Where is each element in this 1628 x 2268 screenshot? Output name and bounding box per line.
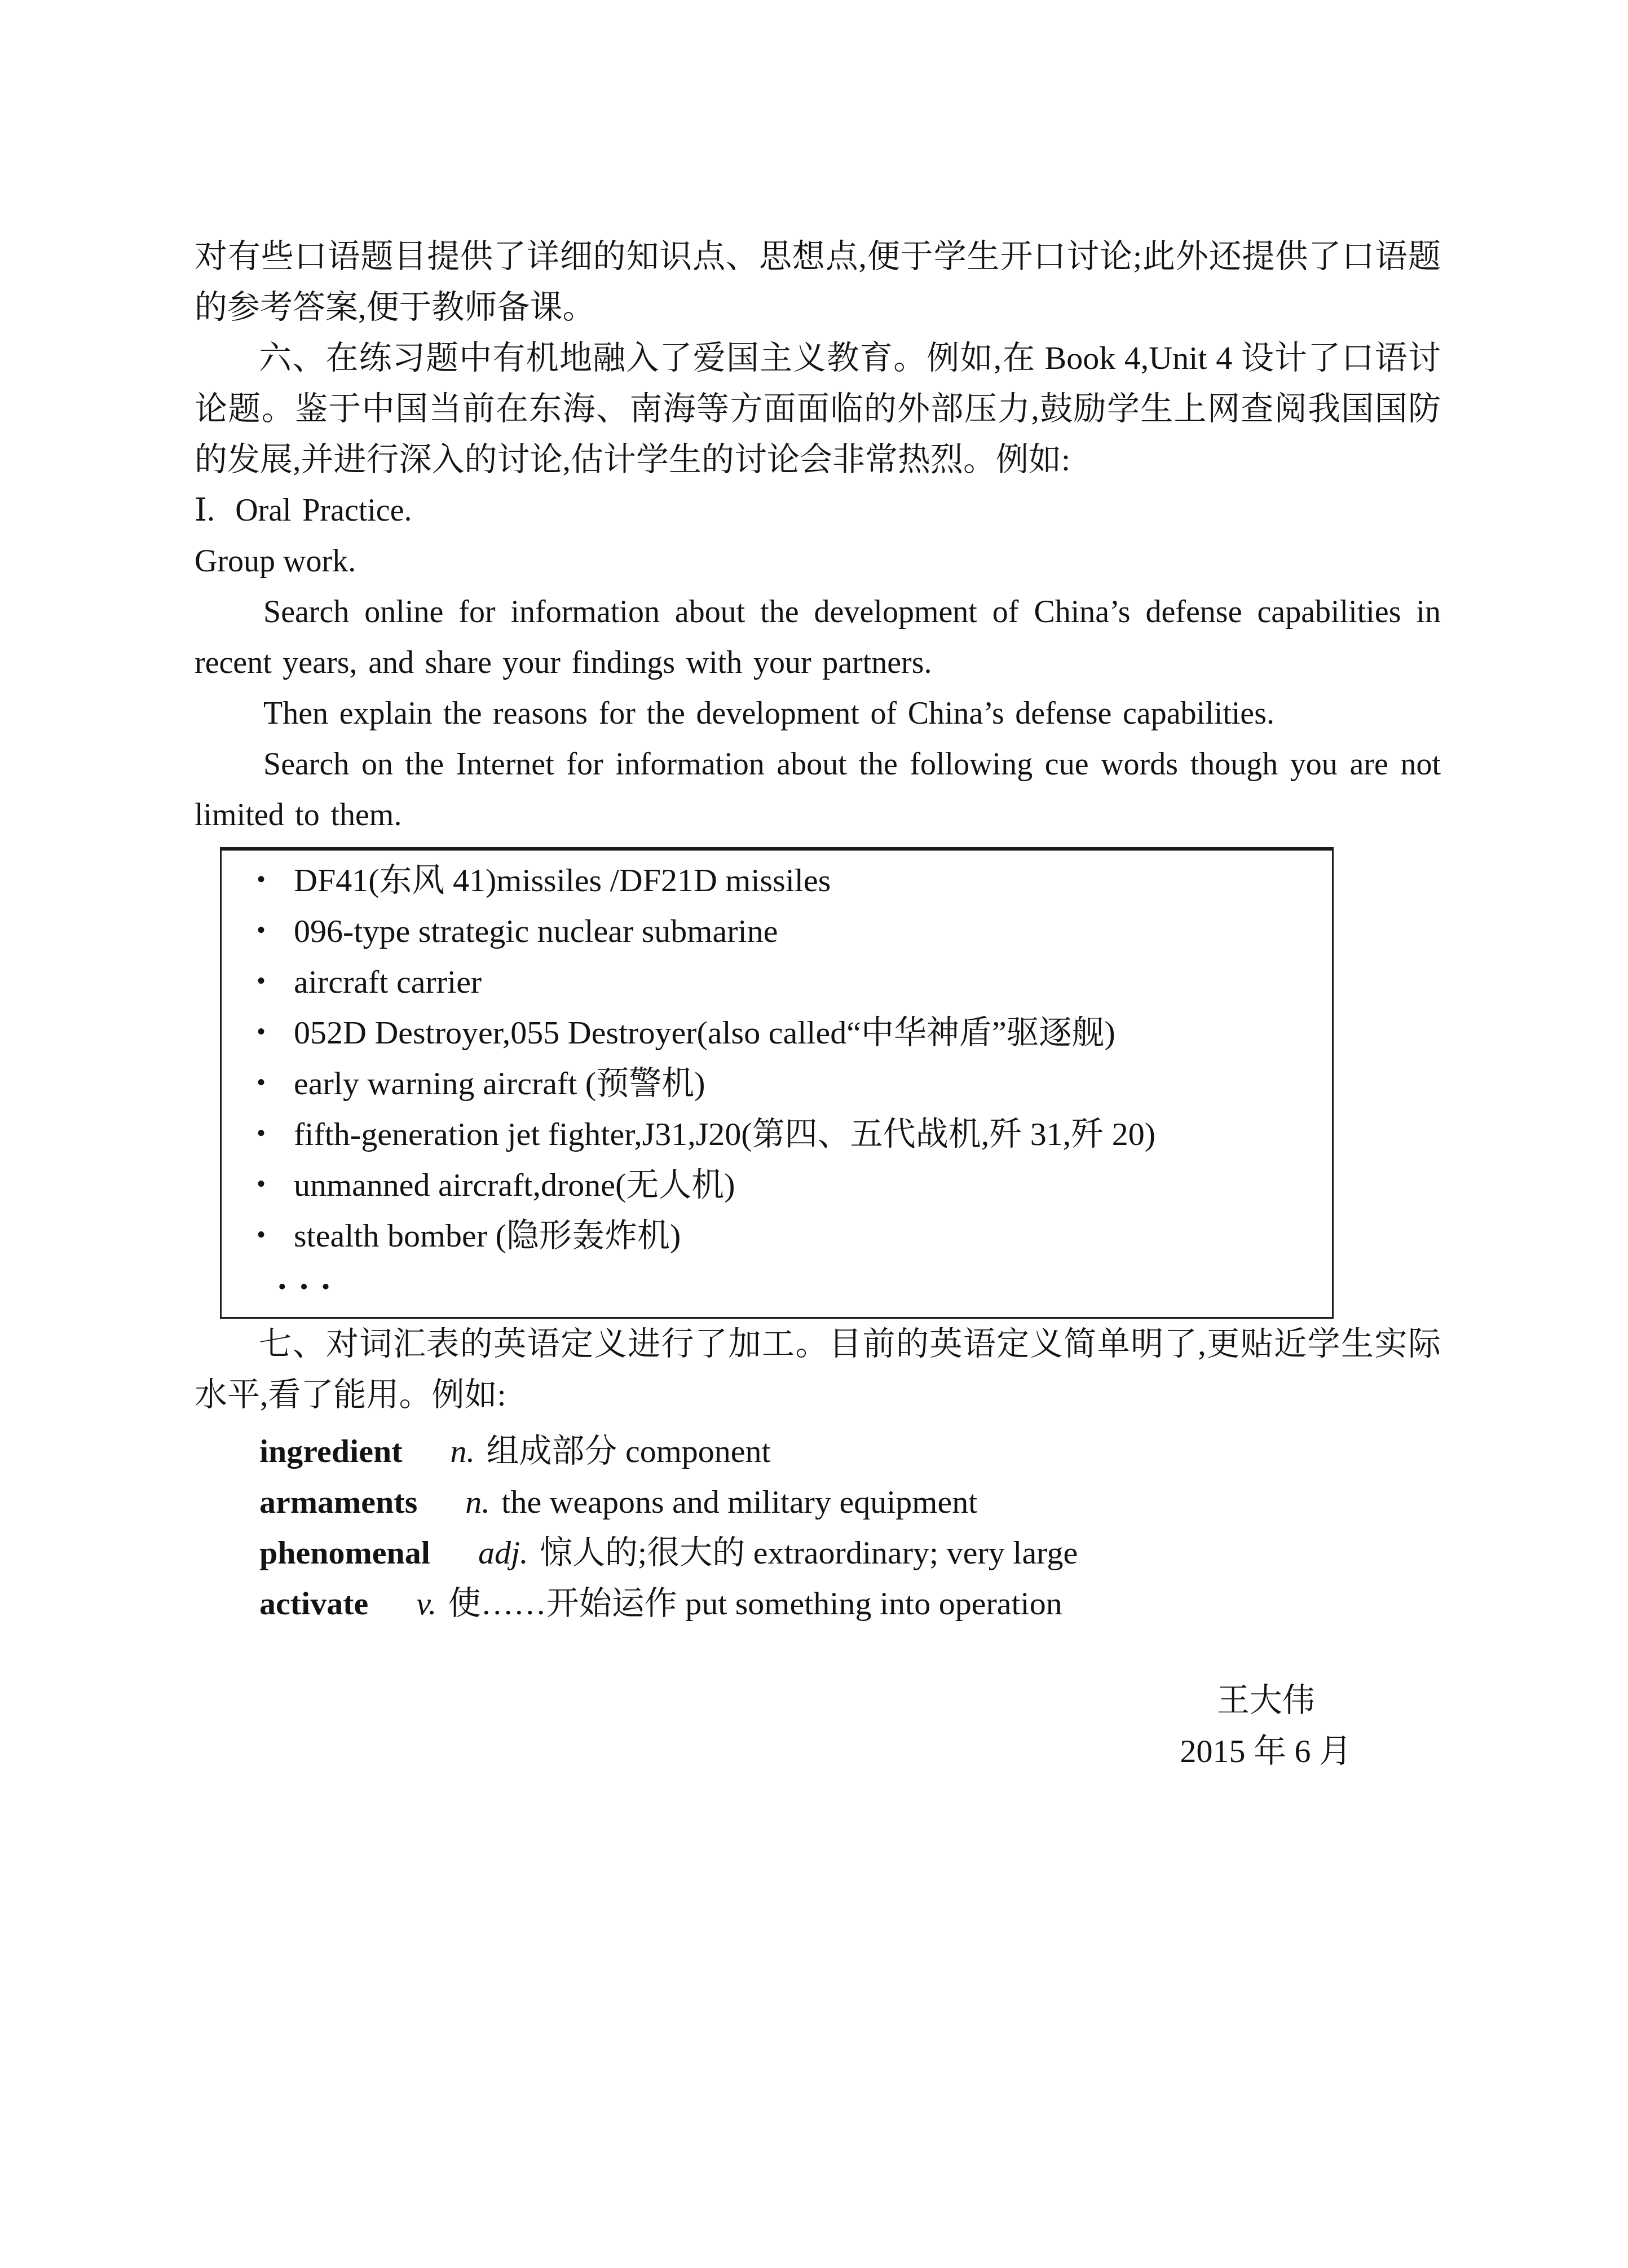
cue-word-item: •aircraft carrier <box>222 957 1309 1007</box>
cue-word-text: early warning aircraft (预警机) <box>294 1065 705 1102</box>
signature-date: 2015 年 6 月 <box>1180 1726 1352 1777</box>
author-name: 王大伟 <box>1180 1675 1352 1726</box>
vocab-entry: activate v. 使……开始运作 put something into o… <box>259 1578 1441 1629</box>
cue-word-text: aircraft carrier <box>294 963 482 1000</box>
vocab-word: phenomenal <box>259 1527 430 1578</box>
vocab-word: activate <box>259 1578 368 1629</box>
cue-word-item: •stealth bomber (隐形轰炸机) <box>222 1210 1309 1261</box>
vocabulary-list: ingredient n. 组成部分 component armaments n… <box>259 1426 1441 1629</box>
cue-words-list: •DF41(东风 41)missiles /DF21D missiles •09… <box>222 855 1309 1261</box>
vocab-entry: ingredient n. 组成部分 component <box>259 1426 1441 1477</box>
part-of-speech: n. <box>451 1433 475 1469</box>
bullet-icon: • <box>257 1006 266 1057</box>
part-of-speech: v. <box>416 1585 436 1622</box>
part-of-speech: n. <box>465 1483 490 1520</box>
bullet-icon: • <box>257 1209 266 1260</box>
vocab-word: ingredient <box>259 1426 403 1477</box>
bullet-icon: • <box>257 1057 266 1108</box>
vocab-definition: n. the weapons and military equipment <box>465 1477 977 1527</box>
cue-word-item: •fifth-generation jet fighter,J31,J20(第四… <box>222 1109 1309 1160</box>
paragraph-point-seven: 七、对词汇表的英语定义进行了加工。目前的英语定义简单明了,更贴近学生实际水平,看… <box>195 1319 1441 1420</box>
cue-word-item: •unmanned aircraft,drone(无人机) <box>222 1160 1309 1210</box>
ellipsis-row: ··· <box>222 1261 1309 1312</box>
oral-practice-title: Oral Practice. <box>235 493 412 528</box>
bullet-icon: • <box>257 905 266 955</box>
oral-practice-heading: Ⅰ.Oral Practice. <box>195 485 1441 536</box>
definition-text: the weapons and military equipment <box>501 1483 977 1520</box>
definition-text: 使……开始运作 put something into operation <box>448 1585 1062 1622</box>
bullet-icon: • <box>257 1108 266 1159</box>
cue-word-item: •052D Destroyer,055 Destroyer(also calle… <box>222 1007 1309 1058</box>
bullet-icon: • <box>257 854 266 905</box>
part-of-speech: adj. <box>478 1534 528 1571</box>
bullet-icon: • <box>257 1159 266 1209</box>
vocab-entry: armaments n. the weapons and military eq… <box>259 1477 1441 1527</box>
cue-word-text: stealth bomber (隐形轰炸机) <box>294 1217 681 1254</box>
paragraph-then-explain: Then explain the reasons for the develop… <box>195 688 1441 739</box>
cue-word-text: unmanned aircraft,drone(无人机) <box>294 1166 735 1203</box>
paragraph-oral-topics-continued: 对有些口语题目提供了详细的知识点、思想点,便于学生开口讨论;此外还提供了口语题的… <box>195 231 1441 333</box>
cue-words-box: •DF41(东风 41)missiles /DF21D missiles •09… <box>220 847 1334 1319</box>
roman-numeral-one: Ⅰ. <box>195 493 215 528</box>
group-work-subheading: Group work. <box>195 536 1441 587</box>
cue-word-item: •096-type strategic nuclear submarine <box>222 906 1309 957</box>
document-page: 对有些口语题目提供了详细的知识点、思想点,便于学生开口讨论;此外还提供了口语题的… <box>195 231 1441 1777</box>
signature-block: 王大伟 2015 年 6 月 <box>1180 1675 1352 1777</box>
cue-word-text: fifth-generation jet fighter,J31,J20(第四、… <box>294 1116 1155 1152</box>
definition-text: 惊人的;很大的 extraordinary; very large <box>540 1534 1078 1571</box>
paragraph-search-internet: Search on the Internet for information a… <box>195 739 1441 840</box>
paragraph-search-online: Search online for information about the … <box>195 587 1441 688</box>
cue-word-item: •early warning aircraft (预警机) <box>222 1058 1309 1109</box>
cue-word-text: DF41(东风 41)missiles /DF21D missiles <box>294 862 831 899</box>
vocab-entry: phenomenal adj. 惊人的;很大的 extraordinary; v… <box>259 1527 1441 1578</box>
vocab-definition: adj. 惊人的;很大的 extraordinary; very large <box>478 1527 1078 1578</box>
paragraph-point-six: 六、在练习题中有机地融入了爱国主义教育。例如,在 Book 4,Unit 4 设… <box>195 333 1441 485</box>
vocab-definition: n. 组成部分 component <box>451 1426 771 1477</box>
bullet-icon: • <box>257 955 266 1006</box>
cue-word-text: 096-type strategic nuclear submarine <box>294 913 778 949</box>
vocab-word: armaments <box>259 1477 417 1527</box>
cue-word-item: •DF41(东风 41)missiles /DF21D missiles <box>222 855 1309 906</box>
vocab-definition: v. 使……开始运作 put something into operation <box>416 1578 1062 1629</box>
definition-text: 组成部分 component <box>487 1433 771 1469</box>
cue-word-text: 052D Destroyer,055 Destroyer(also called… <box>294 1014 1115 1051</box>
